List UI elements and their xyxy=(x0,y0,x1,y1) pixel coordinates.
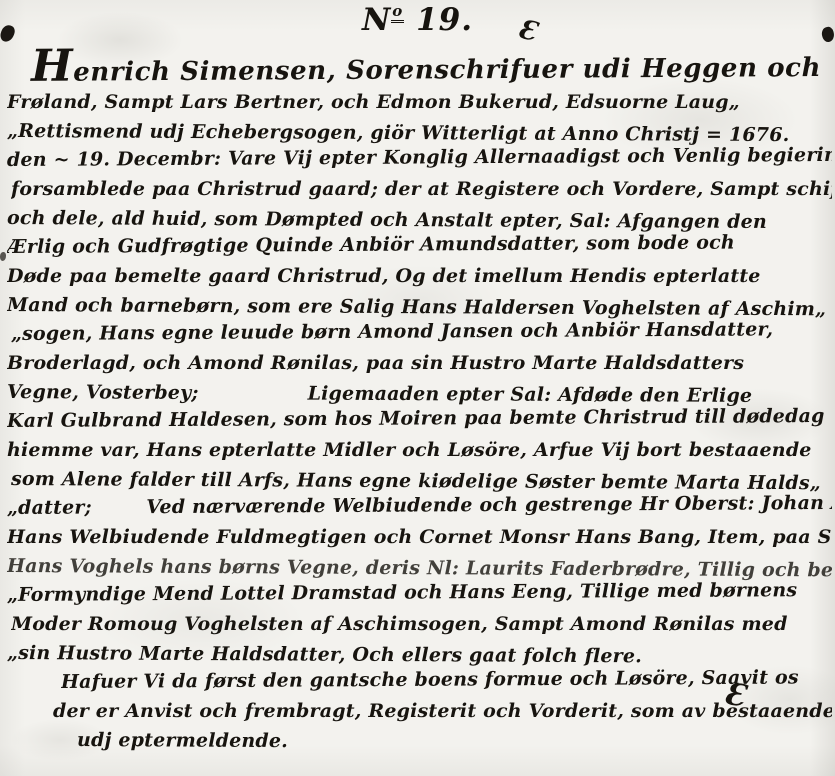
manuscript-line: Hans Welbiudende Fuldmegtigen och Cornet… xyxy=(7,523,832,552)
manuscript-line: „sogen, Hans egne leuude børn Amond Jans… xyxy=(11,315,832,349)
manuscript-line: der er Anvist och frembragt, Registerit … xyxy=(53,697,832,726)
manuscript-line: Hafuer Vi da først den gantsche boens fo… xyxy=(61,663,832,697)
document-number-prefix: N xyxy=(362,2,391,38)
manuscript-line: den ~ 19. Decembr: Vare Vij epter Kongli… xyxy=(7,141,832,175)
manuscript-line: „Formyndige Mend Lottel Dramstad och Han… xyxy=(7,576,832,610)
manuscript-line: Ærlig och Gudfrøgtige Quinde Anbiör Amun… xyxy=(7,228,832,262)
manuscript-line: Frøland, Sampt Lars Bertner, och Edmon B… xyxy=(7,88,832,117)
manuscript-page: No 19. Ɛ Ɛ Henrich Simensen, Sorenschrif… xyxy=(0,0,835,776)
manuscript-line: Broderlagd, och Amond Rønilas, paa sin H… xyxy=(7,349,832,378)
manuscript-line: Karl Gulbrand Haldesen, som hos Moiren p… xyxy=(7,402,832,436)
manuscript-line: „datter; Ved nærværende Welbiudende och … xyxy=(7,489,832,523)
document-number: No 19. xyxy=(0,2,835,38)
ink-blot xyxy=(0,252,6,261)
manuscript-line: Henrich Simensen, Sorenschrifuer udi Heg… xyxy=(7,41,832,88)
manuscript-line: Moder Romoug Voghelsten af Aschimsogen, … xyxy=(11,610,832,639)
document-number-superscript: o xyxy=(391,2,404,23)
manuscript-line: Døde paa bemelte gaard Christrud, Og det… xyxy=(7,262,832,291)
manuscript-line: udj eptermeldende. xyxy=(77,726,832,759)
document-number-value: 19. xyxy=(416,2,473,38)
manuscript-body: Henrich Simensen, Sorenschrifuer udi Heg… xyxy=(7,46,832,755)
manuscript-line: hiemme var, Hans epterlatte Midler och L… xyxy=(7,436,832,465)
manuscript-line: forsamblede paa Christrud gaard; der at … xyxy=(11,175,832,204)
